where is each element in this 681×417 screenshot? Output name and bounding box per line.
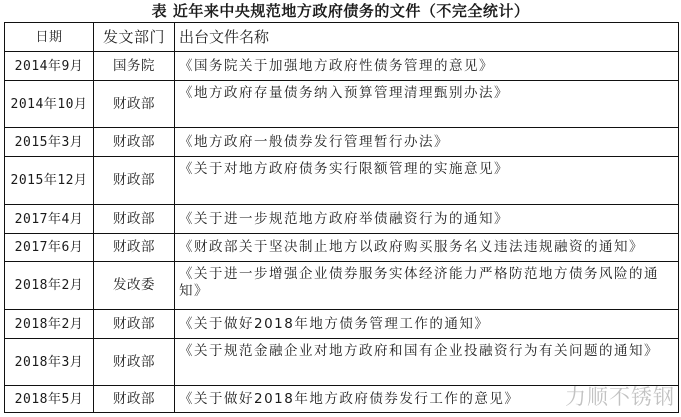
document-name-cell: 《国务院关于加强地方政府性债务管理的意见》 [175, 52, 679, 81]
date-cell: 2014年10月 [5, 81, 94, 128]
table-row: 2018年2月发改委《关于进一步增强企业债券服务实体经济能力严格防范地方债务风险… [5, 262, 679, 310]
table-header-row: 日期 发文部门 出台文件名称 [5, 23, 679, 52]
department-cell: 财政部 [94, 128, 175, 157]
date-cell: 2018年5月 [5, 386, 94, 413]
document-name-cell: 《关于对地方政府债务实行限额管理的实施意见》 [175, 157, 679, 205]
document-name-cell: 《地方政府一般债券发行管理暂行办法》 [175, 128, 679, 157]
table-row: 2018年3月财政部《关于规范金融企业对地方政府和国有企业投融资行为有关问题的通… [5, 339, 679, 386]
watermark: 力顺不锈钢 [565, 381, 675, 411]
table-row: 2014年9月国务院《国务院关于加强地方政府性债务管理的意见》 [5, 52, 679, 81]
date-cell: 2017年4月 [5, 205, 94, 234]
document-name-cell: 《财政部关于坚决制止地方以政府购买服务名义违法违规融资的通知》 [175, 234, 679, 262]
department-cell: 财政部 [94, 81, 175, 128]
document-name-cell: 《关于做好2018年地方债务管理工作的通知》 [175, 310, 679, 339]
document-name-cell: 《关于进一步规范地方政府举债融资行为的通知》 [175, 205, 679, 234]
department-cell: 发改委 [94, 262, 175, 310]
date-cell: 2018年3月 [5, 339, 94, 386]
department-cell: 财政部 [94, 234, 175, 262]
department-cell: 财政部 [94, 339, 175, 386]
document-name-cell: 《关于规范金融企业对地方政府和国有企业投融资行为有关问题的通知》 [175, 339, 679, 386]
table-row: 2015年3月财政部《地方政府一般债券发行管理暂行办法》 [5, 128, 679, 157]
date-cell: 2014年9月 [5, 52, 94, 81]
department-cell: 国务院 [94, 52, 175, 81]
document-name-cell: 《地方政府存量债务纳入预算管理清理甄别办法》 [175, 81, 679, 128]
header-document-name: 出台文件名称 [175, 23, 679, 52]
department-cell: 财政部 [94, 157, 175, 205]
date-cell: 2018年2月 [5, 262, 94, 310]
header-department: 发文部门 [94, 23, 175, 52]
document-name-cell: 《关于进一步增强企业债券服务实体经济能力严格防范地方债务风险的通知》 [175, 262, 679, 310]
policy-documents-table: 日期 发文部门 出台文件名称 2014年9月国务院《国务院关于加强地方政府性债务… [4, 22, 679, 413]
department-cell: 财政部 [94, 310, 175, 339]
date-cell: 2017年6月 [5, 234, 94, 262]
table-row: 2018年2月财政部《关于做好2018年地方债务管理工作的通知》 [5, 310, 679, 339]
table-title: 表 近年来中央规范地方政府债务的文件（不完全统计） [0, 2, 681, 20]
table-row: 2017年4月财政部《关于进一步规范地方政府举债融资行为的通知》 [5, 205, 679, 234]
header-date: 日期 [5, 23, 94, 52]
department-cell: 财政部 [94, 205, 175, 234]
table-row: 2014年10月财政部《地方政府存量债务纳入预算管理清理甄别办法》 [5, 81, 679, 128]
date-cell: 2015年3月 [5, 128, 94, 157]
table-row: 2017年6月财政部《财政部关于坚决制止地方以政府购买服务名义违法违规融资的通知… [5, 234, 679, 262]
date-cell: 2015年12月 [5, 157, 94, 205]
department-cell: 财政部 [94, 386, 175, 413]
table-row: 2015年12月财政部《关于对地方政府债务实行限额管理的实施意见》 [5, 157, 679, 205]
date-cell: 2018年2月 [5, 310, 94, 339]
